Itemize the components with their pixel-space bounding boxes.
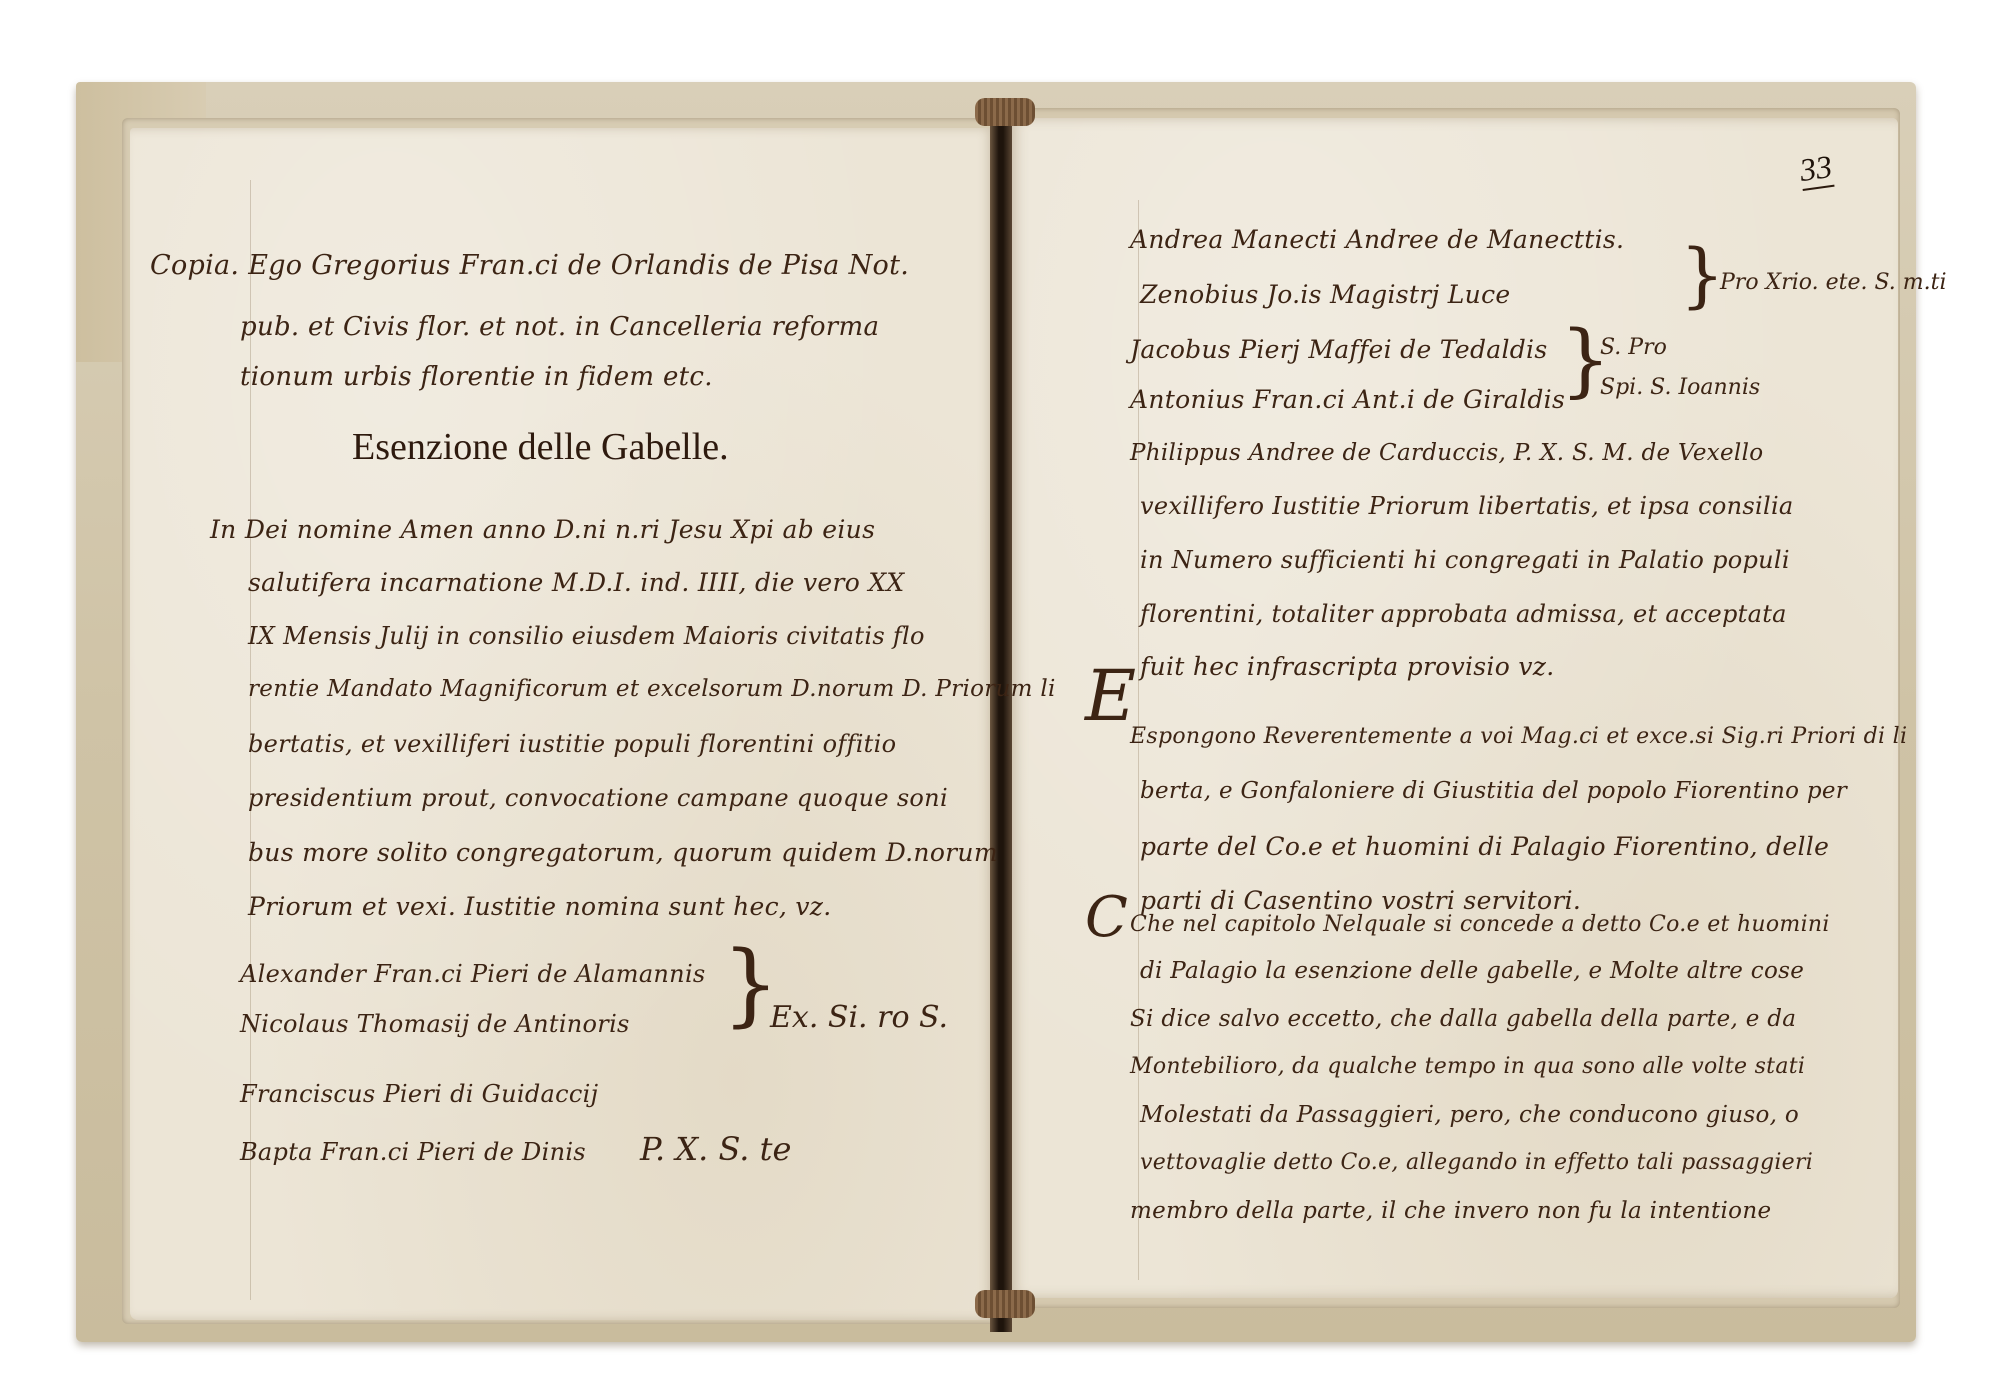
margin-annotation: Pro Xrio. ete. S. m.ti	[1720, 270, 1947, 295]
body-line: vexillifero Iustitie Priorum libertatis,…	[1140, 492, 1794, 520]
grouping-brace: }	[1680, 240, 1725, 310]
body-line: In Dei nomine Amen anno D.ni n.ri Jesu X…	[210, 515, 875, 544]
name-line: Jacobus Pierj Maffei de Tedaldis	[1130, 335, 1547, 364]
margin-annotation: Spi. S. Ioannis	[1600, 375, 1760, 400]
body-line: bertatis, et vexilliferi iustitie populi…	[248, 730, 896, 758]
name-line: Antonius Fran.ci Ant.i de Giraldis	[1130, 385, 1565, 414]
body-line: parti di Casentino vostri servitori.	[1140, 886, 1581, 915]
header-line: pub. et Civis flor. et not. in Canceller…	[240, 312, 879, 342]
body-line: membro della parte, il che invero non fu…	[1130, 1198, 1771, 1224]
body-line: Espongono Reverentemente a voi Mag.ci et…	[1130, 724, 1907, 749]
header-line: tionum urbis florentie in fidem etc.	[240, 362, 713, 392]
section-heading: Esenzione delle Gabelle.	[352, 425, 729, 469]
margin-annotation: S. Pro	[1600, 335, 1667, 360]
body-line: fuit hec infrascripta provisio vz.	[1140, 652, 1554, 681]
header-line: Copia. Ego Gregorius Fran.ci de Orlandis…	[150, 250, 909, 281]
body-line: Molestati da Passaggieri, pero, che cond…	[1140, 1102, 1799, 1128]
margin-annotation: P. X. S. te	[640, 1130, 791, 1168]
name-line: Franciscus Pieri di Guidaccij	[240, 1080, 598, 1108]
body-line: bus more solito congregatorum, quorum qu…	[248, 838, 998, 867]
margin-annotation: Ex. Si. ro S.	[770, 1000, 948, 1035]
body-line: di Palagio la esenzione delle gabelle, e…	[1140, 958, 1804, 984]
binding-thread-bottom	[975, 1290, 1035, 1318]
body-line: Montebilioro, da qualche tempo in qua so…	[1130, 1054, 1805, 1079]
name-line: Bapta Fran.ci Pieri de Dinis	[240, 1138, 586, 1166]
body-line: berta, e Gonfaloniere di Giustitia del p…	[1140, 778, 1847, 804]
folio-number: 33	[1797, 148, 1834, 191]
name-line: Zenobius Jo.is Magistrj Luce	[1140, 280, 1510, 309]
body-line: Philippus Andree de Carduccis, P. X. S. …	[1130, 440, 1763, 466]
body-line: in Numero sufficienti hi congregati in P…	[1140, 546, 1790, 574]
body-line: vettovaglie detto Co.e, allegando in eff…	[1140, 1150, 1813, 1175]
book-gutter	[990, 112, 1012, 1332]
name-line: Nicolaus Thomasij de Antinoris	[240, 1010, 630, 1038]
binding-thread-top	[975, 98, 1035, 126]
body-line: Che nel capitolo Nelquale si concede a d…	[1130, 912, 1830, 937]
body-line: presidentium prout, convocatione campane…	[248, 784, 948, 812]
body-line: parte del Co.e et huomini di Palagio Fio…	[1140, 832, 1829, 861]
body-line: IX Mensis Julij in consilio eiusdem Maio…	[248, 622, 925, 650]
body-line: salutifera incarnatione M.D.I. ind. IIII…	[248, 568, 905, 597]
name-line: Andrea Manecti Andree de Manecttis.	[1130, 225, 1624, 254]
body-line: florentini, totaliter approbata admissa,…	[1140, 600, 1787, 628]
body-line: rentie Mandato Magnificorum et excelsoru…	[248, 676, 1056, 702]
decorative-initial: C	[1085, 885, 1128, 950]
decorative-initial: E	[1085, 655, 1136, 737]
name-line: Alexander Fran.ci Pieri de Alamannis	[240, 960, 706, 988]
body-line: Priorum et vexi. Iustitie nomina sunt he…	[248, 892, 832, 921]
body-line: Si dice salvo eccetto, che dalla gabella…	[1130, 1006, 1796, 1032]
